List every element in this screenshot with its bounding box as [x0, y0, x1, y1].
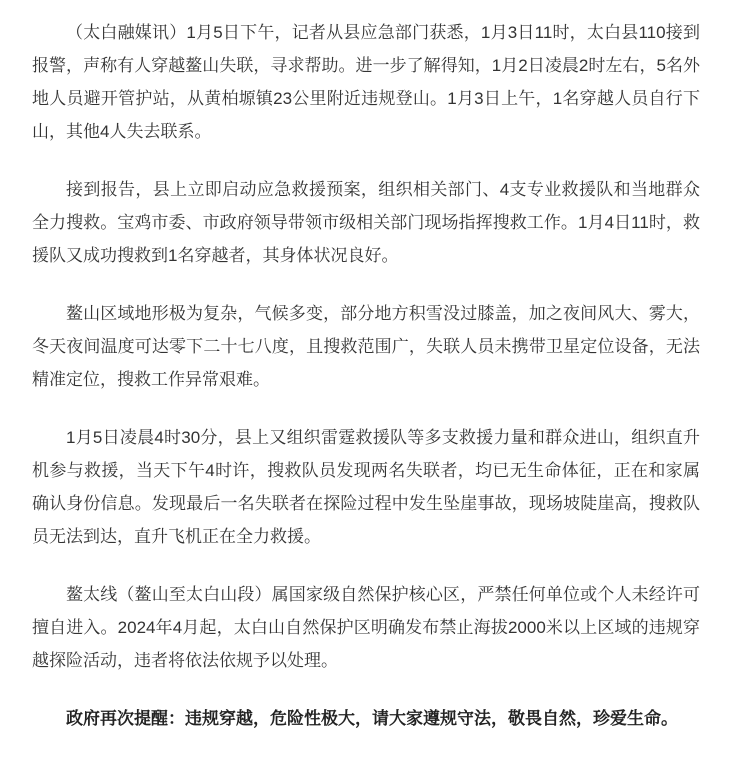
paragraph-terrain-difficulty: 鳌山区域地形极为复杂，气候多变，部分地方积雪没过膝盖，加之夜间风大、雾大，冬天夜…: [32, 297, 700, 396]
government-reminder: 政府再次提醒：违规穿越，危险性极大，请大家遵规守法，敬畏自然，珍爱生命。: [32, 702, 700, 735]
paragraph-rescue-launch: 接到报告，县上立即启动应急救援预案，组织相关部门、4支专业救援队和当地群众全力搜…: [32, 173, 700, 272]
paragraph-incident-report: （太白融媒讯）1月5日下午，记者从县应急部门获悉，1月3日11时，太白县110接…: [32, 16, 700, 148]
news-article: （太白融媒讯）1月5日下午，记者从县应急部门获悉，1月3日11时，太白县110接…: [0, 0, 731, 735]
paragraph-regulation-notice: 鳌太线（鳌山至太白山段）属国家级自然保护核心区，严禁任何单位或个人未经许可擅自进…: [32, 578, 700, 677]
paragraph-search-update: 1月5日凌晨4时30分，县上又组织雷霆救援队等多支救援力量和群众进山，组织直升机…: [32, 421, 700, 553]
